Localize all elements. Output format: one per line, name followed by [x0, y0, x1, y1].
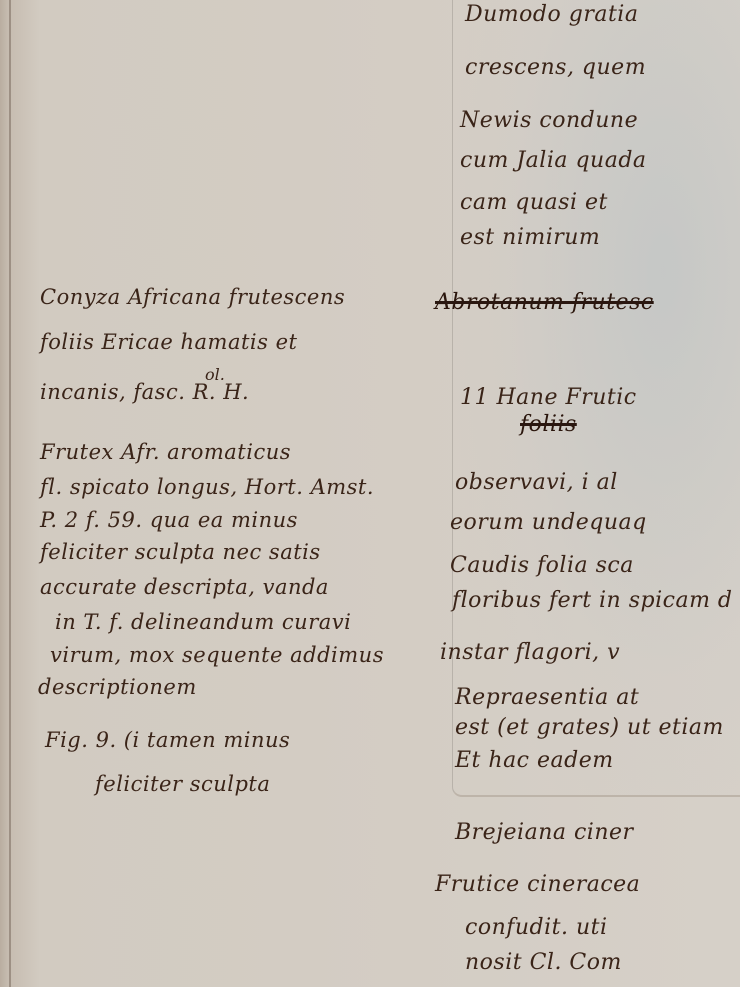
description-line-7: virum, mox sequente addimus	[50, 643, 384, 667]
right-line-8: 11 Hane Frutic	[460, 385, 637, 410]
right-line-11: eorum undequaq	[450, 510, 647, 535]
right-line-7-struck: Abrotanum frutesc	[435, 290, 654, 315]
right-line-12: Caudis folia sca	[450, 553, 634, 578]
right-line-17: Et hac eadem	[455, 748, 614, 773]
right-line-6: est nimirum	[460, 225, 600, 250]
description-line-4: feliciter sculpta nec satis	[40, 540, 321, 564]
description-line-6: in T. f. delineandum curavi	[55, 610, 351, 634]
right-line-9-struck: foliis	[520, 412, 577, 437]
right-line-20: confudit. uti	[465, 915, 608, 940]
description-line-5: accurate descripta, vanda	[40, 575, 329, 599]
right-line-3: Newis condune	[460, 108, 638, 133]
description-line-1: Frutex Afr. aromaticus	[40, 440, 291, 464]
description-line-8: descriptionem	[38, 675, 197, 699]
right-line-15: Repraesentia at	[455, 685, 639, 710]
right-line-1: Dumodo gratia	[465, 2, 638, 27]
right-line-16: est (et grates) ut etiam	[455, 715, 724, 740]
figure-note-line-1: Fig. 9. (i tamen minus	[45, 728, 290, 752]
right-line-19: Frutice cineracea	[435, 872, 640, 897]
right-line-4: cum Jalia quada	[460, 148, 647, 173]
page-binding-edge	[9, 0, 11, 987]
right-line-10: observavi, i al	[455, 470, 618, 495]
entry-title-line-2: foliis Ericae hamatis et	[40, 330, 297, 354]
right-line-14: instar flagori, v	[440, 640, 620, 665]
figure-note-line-2: feliciter sculpta	[95, 772, 270, 796]
right-line-13: floribus fert in spicam d	[452, 588, 733, 613]
description-line-2: fl. spicato longus, Hort. Amst.	[40, 475, 374, 499]
right-line-2: crescens, quem	[465, 55, 646, 80]
right-line-18: Brejeiana ciner	[455, 820, 634, 845]
entry-title-line-3: incanis, fasc. R. H.	[40, 380, 249, 404]
right-line-5: cam quasi et	[460, 190, 608, 215]
entry-title-line-1: Conyza Africana frutescens	[40, 285, 345, 309]
manuscript-page: Conyza Africana frutescens foliis Ericae…	[0, 0, 740, 987]
description-line-3: P. 2 f. 59. qua ea minus	[40, 508, 298, 532]
right-line-21: nosit Cl. Com	[465, 950, 622, 975]
